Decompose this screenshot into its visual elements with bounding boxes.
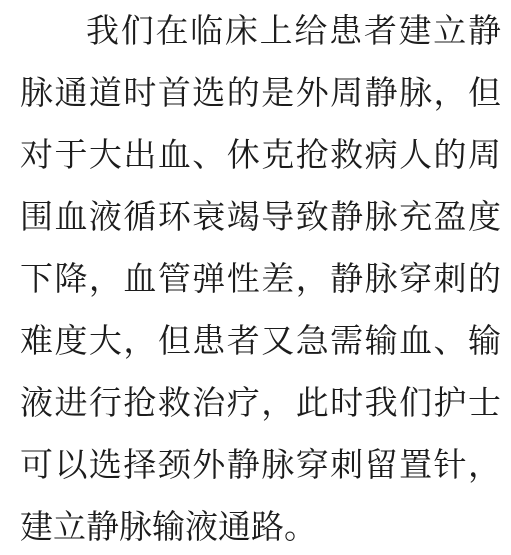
paragraph-line: 建立静脉输液通路。 — [20, 496, 501, 555]
paragraph-line: 对于大出血、休克抢救病人的周 — [20, 124, 501, 186]
paragraph-line: 脉通道时首选的是外周静脉，但 — [20, 62, 501, 124]
paragraph-line: 围血液循环衰竭导致静脉充盈度 — [20, 186, 501, 248]
paragraph: 我们在临床上给患者建立静 脉通道时首选的是外周静脉，但 对于大出血、休克抢救病人… — [20, 0, 501, 555]
document-page: 我们在临床上给患者建立静 脉通道时首选的是外周静脉，但 对于大出血、休克抢救病人… — [0, 0, 511, 555]
paragraph-line: 液进行抢救治疗，此时我们护士 — [20, 372, 501, 434]
paragraph-line: 我们在临床上给患者建立静 — [20, 0, 501, 62]
paragraph-line: 下降，血管弹性差，静脉穿刺的 — [20, 248, 501, 310]
paragraph-line: 可以选择颈外静脉穿刺留置针， — [20, 434, 501, 496]
paragraph-line: 难度大，但患者又急需输血、输 — [20, 310, 501, 372]
